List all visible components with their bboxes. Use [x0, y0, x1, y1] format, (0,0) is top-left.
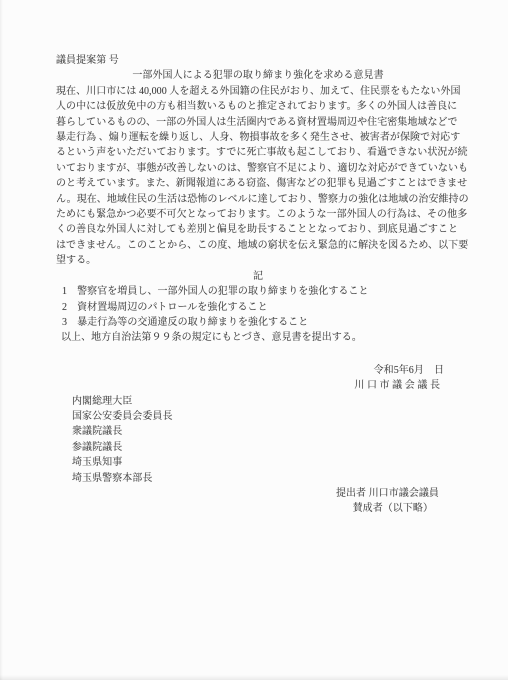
council-chairman-line: 川 口 市 議 会 議 長	[56, 378, 460, 393]
document-page: 議員提案第 号 一部外国人による犯罪の取り締まり強化を求める意見書 現在、川口市…	[0, 0, 508, 680]
document-title: 一部外国人による犯罪の取り締まり強化を求める意見書	[56, 68, 460, 83]
date-line: 令和5年6月 日	[56, 363, 460, 378]
closing-line: 以上、地方自治法第９９条の規定にもとづき、意見書を提出する。	[56, 330, 460, 345]
addressee-house-of-representatives-speaker: 衆議院議長	[56, 424, 460, 439]
body-line: 暮らしているものの、一部の外国人は生活圏内である資材置場周辺や住宅密集地域などで	[56, 115, 460, 130]
addressee-prime-minister: 内閣総理大臣	[56, 394, 460, 409]
request-item-3: 3 暴走行為等の交通違反の取り締まりを強化すること	[56, 315, 460, 330]
body-line: 現在、川口市には 40,000 人を超える外国籍の住民がおり、加えて、住民票をも…	[56, 84, 460, 99]
body-line: るという声をいただいております。すでに死亡事故も起こしており、看過できない状況が…	[56, 145, 460, 160]
document-content: 議員提案第 号 一部外国人による犯罪の取り締まり強化を求める意見書 現在、川口市…	[56, 53, 460, 517]
body-line: 暴走行為 、煽り運転を繰り返し、人身、物損事故を多く発生させ、被害者が保険で対応…	[56, 130, 460, 145]
supporter-line: 賛成者（以下略）	[56, 501, 460, 516]
body-line: いておりますが、事態が改善しないのは、警察官不足により、適切な対応ができていない…	[56, 161, 460, 176]
addressee-saitama-police-chief: 埼玉県警察本部長	[56, 471, 460, 486]
request-item-1: 1 警察官を増員し、一部外国人の犯罪の取り締まりを強化すること	[56, 284, 460, 299]
body-line: はできません。このことから、この度、地域の窮状を伝え緊急的に解決を図るため、以下…	[56, 238, 460, 253]
proposal-number: 議員提案第 号	[56, 53, 460, 68]
request-item-2: 2 資材置場周辺のパトロールを強化すること	[56, 300, 460, 315]
addressee-public-safety-commission-chair: 国家公安委員会委員長	[56, 409, 460, 424]
body-line: 望する。	[56, 253, 460, 268]
ki-marker: 記	[56, 269, 460, 284]
body-line: ためにも緊急かつ必要不可欠となっております。このような一部外国人の行為は、その他…	[56, 207, 460, 222]
submitter-line: 提出者 川口市議会議員	[56, 486, 460, 501]
addressee-saitama-governor: 埼玉県知事	[56, 455, 460, 470]
addressee-house-of-councillors-president: 参議院議長	[56, 440, 460, 455]
body-line: のと考えています。また、新聞報道にある窃盗、傷害などの犯罪も見過ごすことはできま…	[56, 176, 460, 191]
body-line: 人の中には仮放免中の方も相当数いるものと推定されております。多くの外国人は善良に	[56, 99, 460, 114]
body-line: ん。現在、地域住民の生活は恐怖のレベルに達しており、警察力の強化は地域の治安維持…	[56, 192, 460, 207]
body-line: くの善良な外国人に対しても差別と偏見を助長することとなっており、到底見過ごすこと	[56, 222, 460, 237]
